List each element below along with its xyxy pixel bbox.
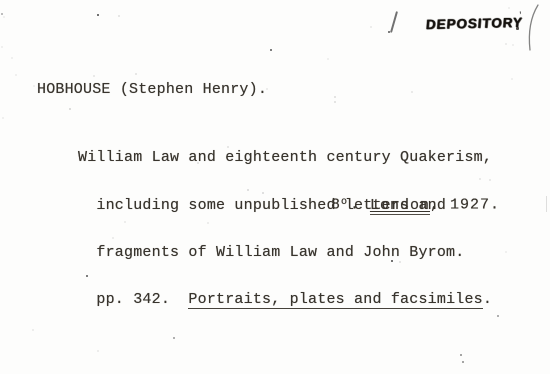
- format-number: 8: [331, 197, 341, 214]
- imprint-separator: .: [350, 197, 370, 214]
- collation-underlined-text: Portraits, plates and facsimiles: [188, 291, 482, 310]
- pagination-text: pp. 342.: [78, 291, 188, 308]
- pen-dot-mark: [388, 31, 390, 33]
- imprint-line: 8o. London, 1927.: [331, 195, 500, 213]
- paper-noise: [0, 0, 2, 2]
- pen-curve-mark: [521, 3, 543, 58]
- imprint-date: , 1927.: [430, 197, 500, 214]
- format-superscript: o: [341, 195, 350, 211]
- stamp-smudge-dot: [516, 27, 519, 30]
- scan-edge-artifact: [546, 196, 547, 212]
- title-line-3: fragments of William Law and John Byrom.: [78, 245, 492, 261]
- pen-slash-mark: [390, 11, 398, 33]
- title-paragraph: William Law and eighteenth century Quake…: [78, 119, 492, 339]
- depository-stamp: DEPOSITORY: [425, 15, 523, 32]
- title-line-1: William Law and eighteenth century Quake…: [78, 150, 492, 166]
- catalog-card: DEPOSITORY ’ HOBHOUSE (Stephen Henry). W…: [0, 0, 550, 374]
- title-line-4: pp. 342. Portraits, plates and facsimile…: [78, 292, 492, 308]
- author-heading: HOBHOUSE (Stephen Henry).: [37, 82, 267, 98]
- collation-period: .: [483, 291, 492, 308]
- imprint-place-underlined: London: [370, 197, 430, 215]
